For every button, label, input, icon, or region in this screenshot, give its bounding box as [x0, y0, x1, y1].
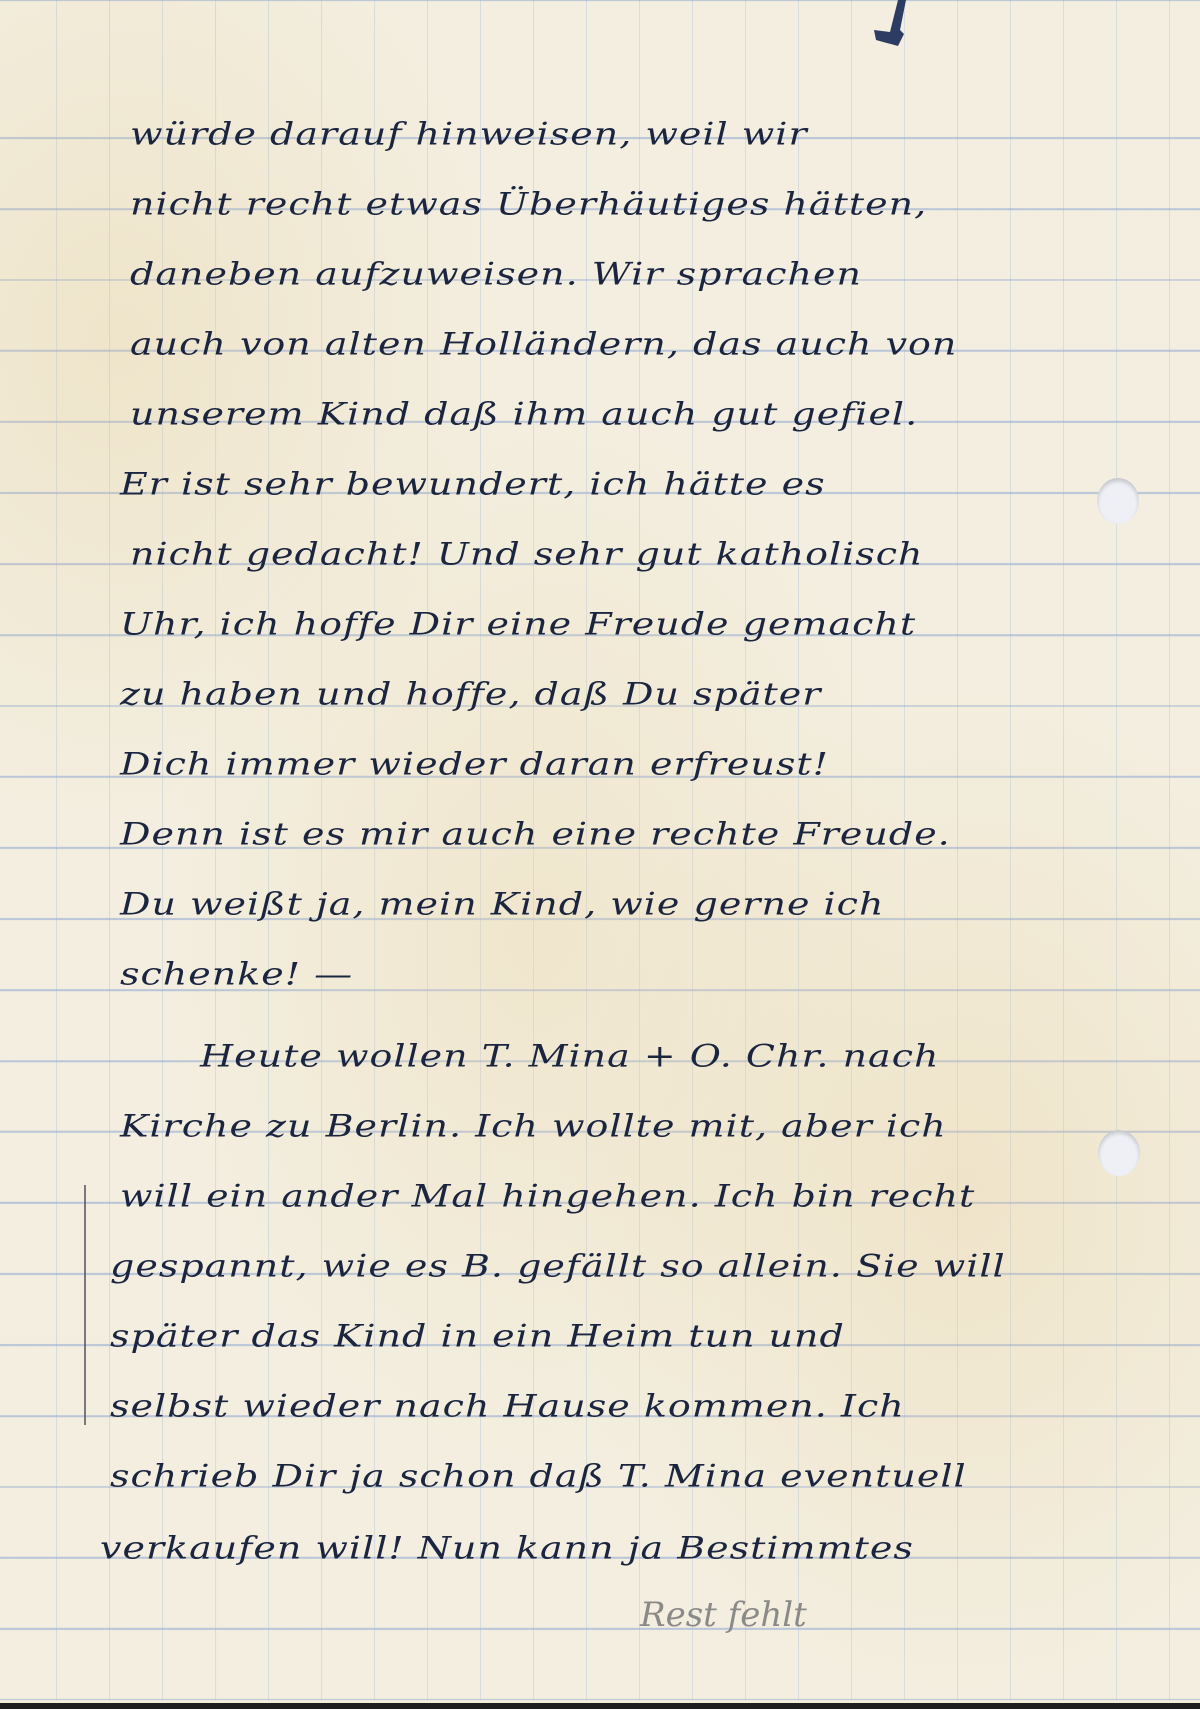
pencil-annotation: Rest fehlt: [640, 1595, 807, 1635]
ink-blot-mark: [870, 0, 910, 48]
handwritten-line: zu haben und hoffe, daß Du später: [120, 676, 821, 712]
letter-page: würde darauf hinweisen, weil wir nicht r…: [0, 0, 1200, 1700]
handwritten-line: würde darauf hinweisen, weil wir: [130, 116, 808, 152]
handwritten-line: Dich immer wieder daran erfreust!: [120, 746, 829, 782]
handwritten-line: nicht recht etwas Überhäutiges hätten,: [130, 186, 927, 222]
handwritten-line: schrieb Dir ja schon daß T. Mina eventue…: [110, 1458, 967, 1494]
handwritten-line: Du weißt ja, mein Kind, wie gerne ich: [120, 886, 884, 922]
handwritten-line: später das Kind in ein Heim tun und: [110, 1318, 845, 1354]
punch-hole-lower: [1098, 1130, 1140, 1176]
handwritten-line: auch von alten Holländern, das auch von: [130, 326, 957, 362]
handwritten-line: Uhr, ich hoffe Dir eine Freude gemacht: [120, 606, 916, 642]
handwritten-line: Heute wollen T. Mina + O. Chr. nach: [200, 1038, 939, 1074]
handwritten-line: verkaufen will! Nun kann ja Bestimmtes: [100, 1530, 914, 1566]
handwritten-line: Kirche zu Berlin. Ich wollte mit, aber i…: [120, 1108, 947, 1144]
handwritten-line: gespannt, wie es B. gefällt so allein. S…: [110, 1248, 1006, 1284]
handwritten-line: selbst wieder nach Hause kommen. Ich: [110, 1388, 905, 1424]
handwritten-line: daneben aufzuweisen. Wir sprachen: [130, 256, 862, 292]
punch-hole-upper: [1097, 478, 1139, 524]
margin-bracket-line: [84, 1185, 86, 1425]
handwritten-line: schenke! —: [120, 956, 353, 992]
handwritten-line: unserem Kind daß ihm auch gut gefiel.: [130, 396, 918, 432]
handwritten-line: nicht gedacht! Und sehr gut katholisch: [130, 536, 924, 572]
page-bottom-edge: [0, 1703, 1200, 1709]
handwritten-line: will ein ander Mal hingehen. Ich bin rec…: [120, 1178, 975, 1214]
handwritten-line: Denn ist es mir auch eine rechte Freude.: [120, 816, 951, 852]
handwritten-line: Er ist sehr bewundert, ich hätte es: [120, 466, 826, 502]
